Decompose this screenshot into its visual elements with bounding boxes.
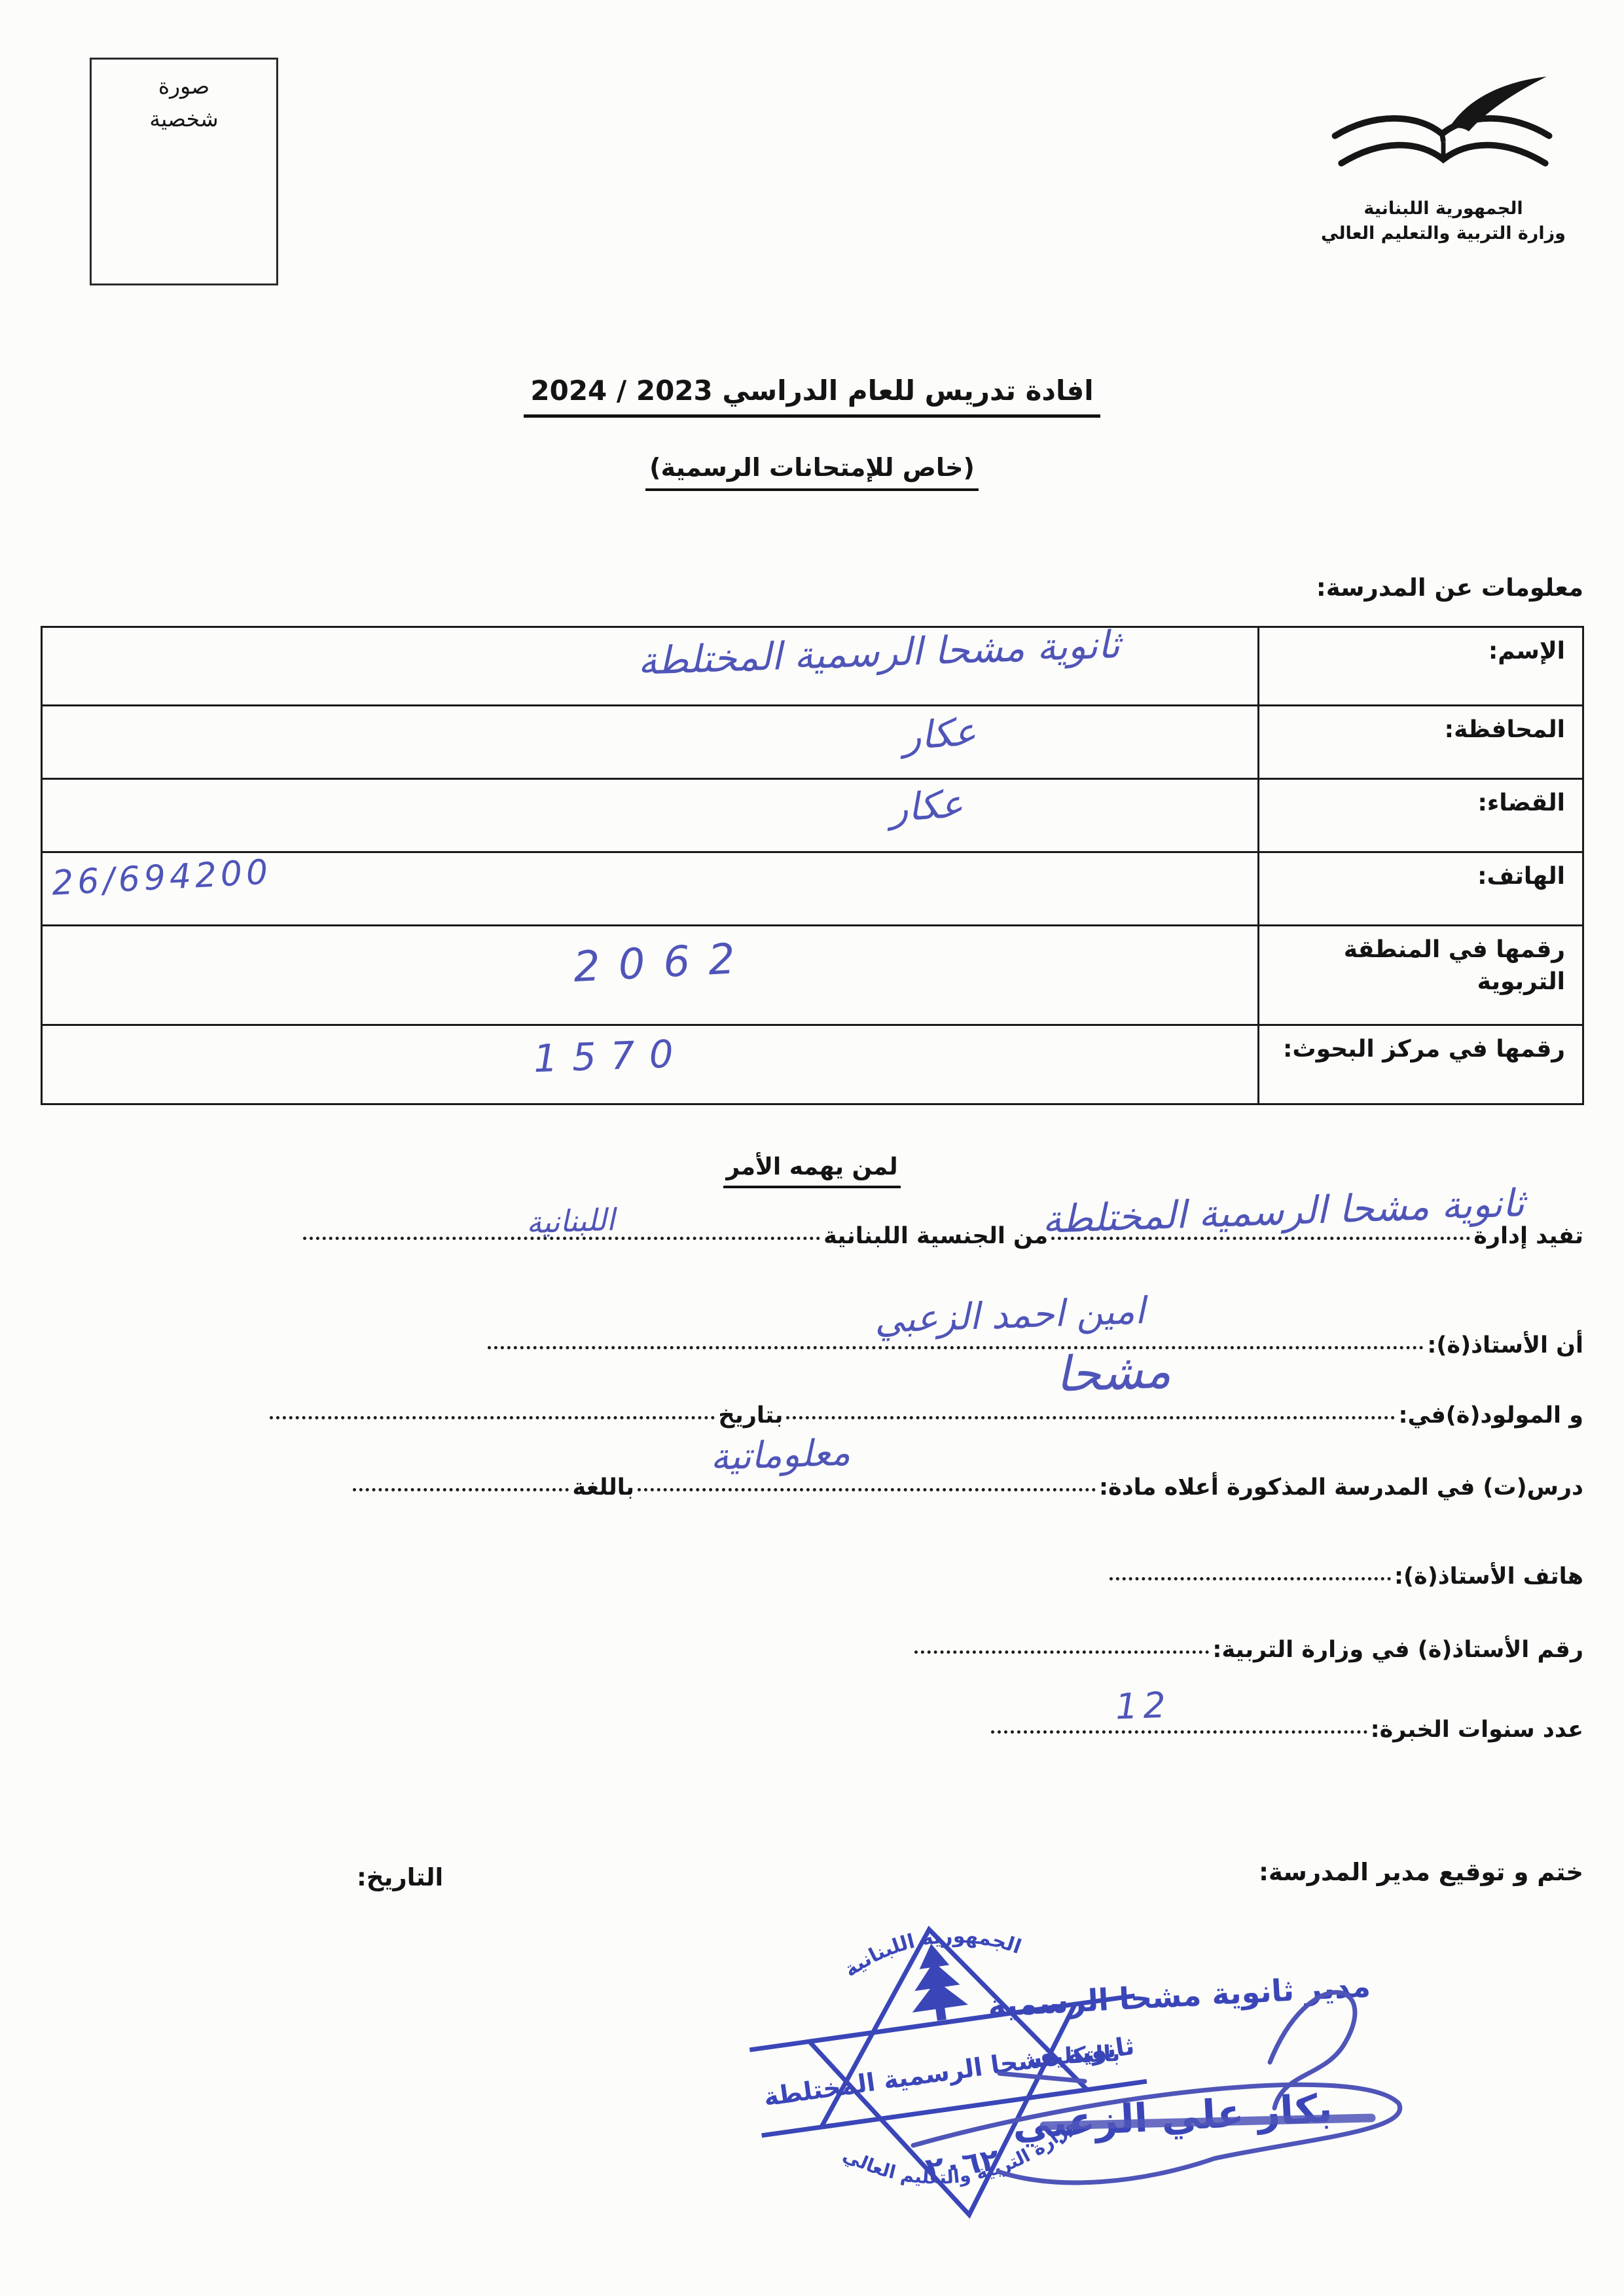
governorate-label: المحافظة: [1257, 706, 1582, 778]
open-book-quill-logo-icon [1319, 75, 1568, 196]
photo-box: صورة شخصية [90, 58, 278, 285]
republic-name: الجمهورية اللبنانية [1299, 196, 1587, 221]
line4-prefix: درس(ت) في المدرسة المذكورة أعلاه مادة: [1099, 1474, 1583, 1501]
line7-prefix: عدد سنوات الخبرة: [1371, 1717, 1583, 1743]
line3-mid: بتاريخ [718, 1402, 783, 1429]
handwritten-governorate: عكار [901, 709, 977, 759]
ministry-name: وزارة التربية والتعليم العالي [1299, 221, 1587, 246]
concern-heading: لمن يهمه الأمر [0, 1154, 1624, 1188]
principal-stamp-signature-label: ختم و توقيع مدير المدرسة: [1259, 1858, 1583, 1886]
handwritten-subject: معلوماتية [710, 1431, 851, 1478]
handwritten-phone: 26/694200 [51, 852, 273, 903]
hexagram-stamp: ثانوية مشحا الرسمية المختلطة ٢٠٦٢ الجمهو… [736, 1908, 1162, 2242]
dotted-blank [353, 1482, 569, 1491]
handwritten-experience-years: 12 [1115, 1685, 1172, 1728]
line-ministry-number: رقم الأستاذ(ة) في وزارة التربية: [41, 1637, 1583, 1663]
line-years-experience: عدد سنوات الخبرة: 12 [41, 1717, 1583, 1743]
stamp-delegation: بالتكليف [1028, 2040, 1121, 2071]
edu-region-number-cell: 2062 [43, 926, 1257, 1024]
dotted-blank [991, 1724, 1367, 1734]
district-label: القضاء: [1257, 780, 1582, 851]
table-row-district: عكار القضاء: [43, 780, 1582, 853]
line1-mid: من الجنسية اللبنانية [823, 1223, 1048, 1249]
table-row-research-center-number: 1570 رقمها في مركز البحوث: [43, 1026, 1582, 1103]
school-info-table: ثانوية مشحا الرسمية المختلطة الإسم: عكار… [41, 626, 1584, 1105]
table-row-governorate: عكار المحافظة: [43, 706, 1582, 780]
photo-box-label-line1: صورة [92, 70, 276, 103]
line6-prefix: رقم الأستاذ(ة) في وزارة التربية: [1212, 1637, 1583, 1663]
research-center-number-label: رقمها في مركز البحوث: [1257, 1026, 1582, 1103]
edu-region-number-label: رقمها في المنطقة التربوية [1257, 926, 1582, 1024]
line-subject-taught: درس(ت) في المدرسة المذكورة أعلاه مادة:با… [41, 1474, 1583, 1501]
line3-prefix: و المولود(ة)في: [1398, 1402, 1583, 1429]
handwritten-research-center-number: 1570 [533, 1031, 689, 1081]
line1-prefix: تفيد إدارة [1473, 1223, 1583, 1249]
district-value-cell: عكار [43, 780, 1257, 851]
dotted-blank [786, 1410, 1395, 1419]
line2-prefix: أن الأستاذ(ة): [1427, 1332, 1583, 1358]
handwritten-teacher-name: امين احمد الزعبي [874, 1290, 1146, 1341]
line-teacher-phone: هاتف الأستاذ(ة): [41, 1563, 1583, 1590]
handwritten-birthplace: مشحا [1055, 1343, 1172, 1403]
name-label: الإسم: [1257, 628, 1582, 704]
form-subtitle: (خاص للإمتحانات الرسمية) [0, 453, 1624, 491]
dotted-blank [914, 1644, 1209, 1654]
table-row-name: ثانوية مشحا الرسمية المختلطة الإسم: [43, 628, 1582, 706]
school-stamp-and-signature: ثانوية مشحا الرسمية المختلطة ٢٠٦٢ الجمهو… [717, 1908, 1417, 2249]
line4-mid: باللغة [572, 1474, 634, 1501]
line-teacher-name: أن الأستاذ(ة): امين احمد الزعبي [41, 1332, 1583, 1358]
phone-label: الهاتف: [1257, 853, 1582, 924]
ministry-header: الجمهورية اللبنانية وزارة التربية والتعل… [1299, 75, 1587, 246]
line-certifies-administration: تفيد إدارةمن الجنسية اللبنانية ثانوية مش… [41, 1223, 1583, 1249]
line5-prefix: هاتف الأستاذ(ة): [1394, 1563, 1583, 1590]
handwritten-edu-region-number: 2062 [572, 934, 754, 992]
table-row-edu-region-number: 2062 رقمها في المنطقة التربوية [43, 926, 1582, 1026]
handwritten-school-name: ثانوية مشحا الرسمية المختلطة [637, 622, 1121, 683]
date-label: التاريخ: [357, 1863, 443, 1891]
handwritten-nationality: اللبنانية [526, 1202, 615, 1241]
scanned-teaching-certificate-page: صورة شخصية الجمهورية اللبنانية وزارة الت… [0, 0, 1624, 2296]
research-center-number-cell: 1570 [43, 1026, 1257, 1103]
dotted-blank [270, 1410, 715, 1419]
line-birthplace: و المولود(ة)في:بتاريخ مشحا [41, 1402, 1583, 1429]
name-value-cell: ثانوية مشحا الرسمية المختلطة [43, 628, 1257, 704]
photo-box-label-line2: شخصية [92, 103, 276, 136]
governorate-value-cell: عكار [43, 706, 1257, 778]
form-title: افادة تدريس للعام الدراسي 2023 / 2024 [0, 374, 1624, 418]
dotted-blank [488, 1339, 1424, 1349]
dotted-blank [638, 1482, 1096, 1491]
stamp-principal-title: مدير ثانوية مشحا الرسمية [987, 1968, 1371, 2024]
school-info-heading: معلومات عن المدرسة: [1316, 574, 1583, 602]
handwritten-district: عكار [888, 781, 964, 831]
dotted-blank [1110, 1571, 1391, 1580]
table-row-phone: 26/694200 الهاتف: [43, 853, 1582, 926]
phone-value-cell: 26/694200 [43, 853, 1257, 924]
